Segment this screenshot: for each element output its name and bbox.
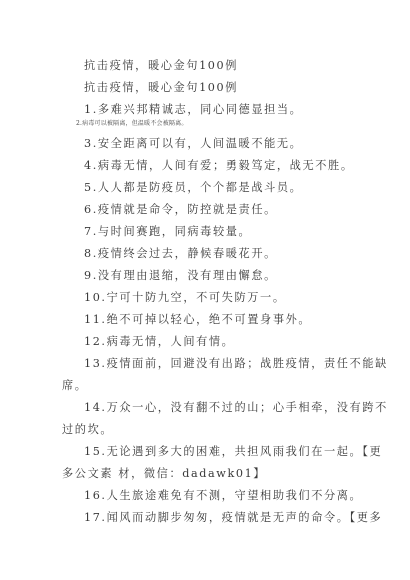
quote-13: 13.疫情面前，回避没有出路；战胜疫情，责任不能缺 bbox=[84, 357, 388, 371]
quote-13-cont: 席。 bbox=[62, 379, 88, 393]
document-page: 抗击疫情，暖心金句100例 抗击疫情，暖心金句100例 1.多难兴邦精诚志，同心… bbox=[0, 0, 410, 580]
quote-17: 17.闻风而动脚步匆匆，疫情就是无声的命令。【更多 bbox=[84, 511, 382, 525]
quote-5: 5.人人都是防疫员，个个都是战斗员。 bbox=[84, 181, 302, 195]
quote-16: 16.人生旅途难免有不测，守望相助我们不分离。 bbox=[84, 489, 362, 503]
doc-title-2: 抗击疫情，暖心金句100例 bbox=[84, 81, 238, 95]
quote-4: 4.病毒无情，人间有爱；勇毅笃定，战无不胜。 bbox=[84, 159, 354, 173]
quote-2: 2.病毒可以被隔离，但温暖不会被隔离。 bbox=[76, 120, 188, 128]
quote-10: 10.宁可十防九空，不可失防万一。 bbox=[84, 291, 286, 305]
quote-3: 3.安全距离可以有，人间温暖不能无。 bbox=[84, 137, 302, 151]
doc-title-1: 抗击疫情，暖心金句100例 bbox=[84, 59, 238, 73]
quote-11: 11.绝不可掉以轻心，绝不可置身事外。 bbox=[84, 313, 311, 327]
quote-14-cont: 过的坎。 bbox=[62, 423, 113, 437]
quote-9: 9.没有理由退缩，没有理由懈怠。 bbox=[84, 269, 277, 283]
quote-14: 14.万众一心，没有翻不过的山；心手相牵，没有跨不 bbox=[84, 401, 388, 415]
quote-1: 1.多难兴邦精诚志，同心同德显担当。 bbox=[84, 103, 302, 117]
quote-12: 12.病毒无情，人间有情。 bbox=[84, 335, 234, 349]
quote-15-cont: 多公文素 材，微信：dadawk01】 bbox=[62, 467, 266, 481]
quote-6: 6.疫情就是命令，防控就是责任。 bbox=[84, 203, 277, 217]
quote-7: 7.与时间赛跑，同病毒较量。 bbox=[84, 225, 251, 239]
quote-15: 15.无论遇到多大的困难，共担风雨我们在一起。【更 bbox=[84, 445, 382, 459]
quote-8: 8.疫情终会过去，静候春暖花开。 bbox=[84, 247, 277, 261]
